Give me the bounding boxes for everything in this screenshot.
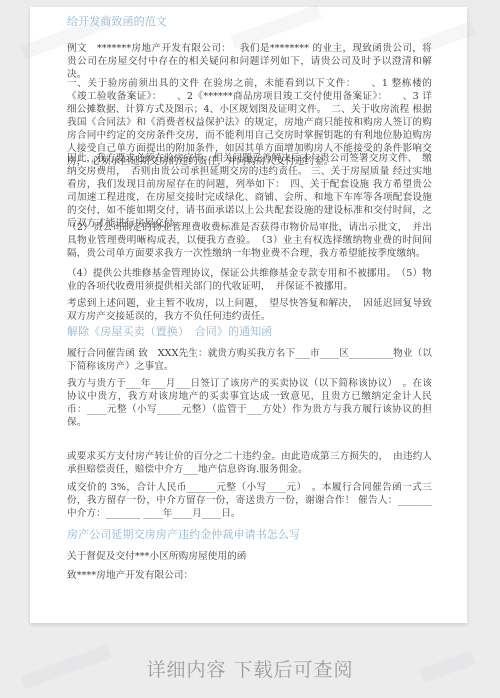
paragraph: 因此，我方要求必须在验房完毕，相关问题妥善解决后才与贵公司签署交房文件、 缴纳交… <box>67 152 432 230</box>
paragraph: （4）提供公共维修基金管理协议，保证公共维修基金专款专用和不被挪用。 （5）物业… <box>67 267 432 293</box>
paragraph: 成交价的 3%，合计人民币______元整（小写____元） 。本履行合同催告函… <box>67 481 432 520</box>
section-heading-1: 给开发商致函的范文 <box>67 15 432 29</box>
paragraph: 例文 *******房地产开发有限公司： 我们是******** 的业主，现致函… <box>67 42 432 81</box>
section-heading-2: 解除《房屋买卖（置换） 合同》的通知函 <box>67 325 432 339</box>
paragraph: 关于督促及交付***小区所购房屋使用的函 <box>67 550 432 563</box>
paragraph: 考虑到上述问题，业主暂不收房，以上问题， 望尽快答复和解决， 因延迟回复导致双方… <box>67 297 432 323</box>
paragraph: 我方与贵方于___年___月___日签订了该房产的买卖协议（以下简称该协议） 。… <box>67 377 432 429</box>
download-hint-text: 详细内容 下载后可查阅 <box>0 655 500 682</box>
document-page: 给开发商致函的范文 例文 *******房地产开发有限公司： 我们是******… <box>30 7 467 623</box>
paragraph: 履行合同催告函 致 XXX先生：就贵方购买我方名下___市____区______… <box>67 347 432 373</box>
section-heading-3: 房产公司延期交房房产违约金仲裁申请书怎么写 <box>67 528 432 542</box>
paragraph: 致****房地产开发有限公司： <box>67 569 432 582</box>
paragraph: （2）贵公司制定的物业管理费收费标准是否获得市物价局审批，请出示批文， 并出具物… <box>67 221 432 260</box>
paragraph: 或要求买方支付房产转让价的百分之二十违约金。由此造成第三方损失的， 由违约人承担… <box>67 450 432 476</box>
